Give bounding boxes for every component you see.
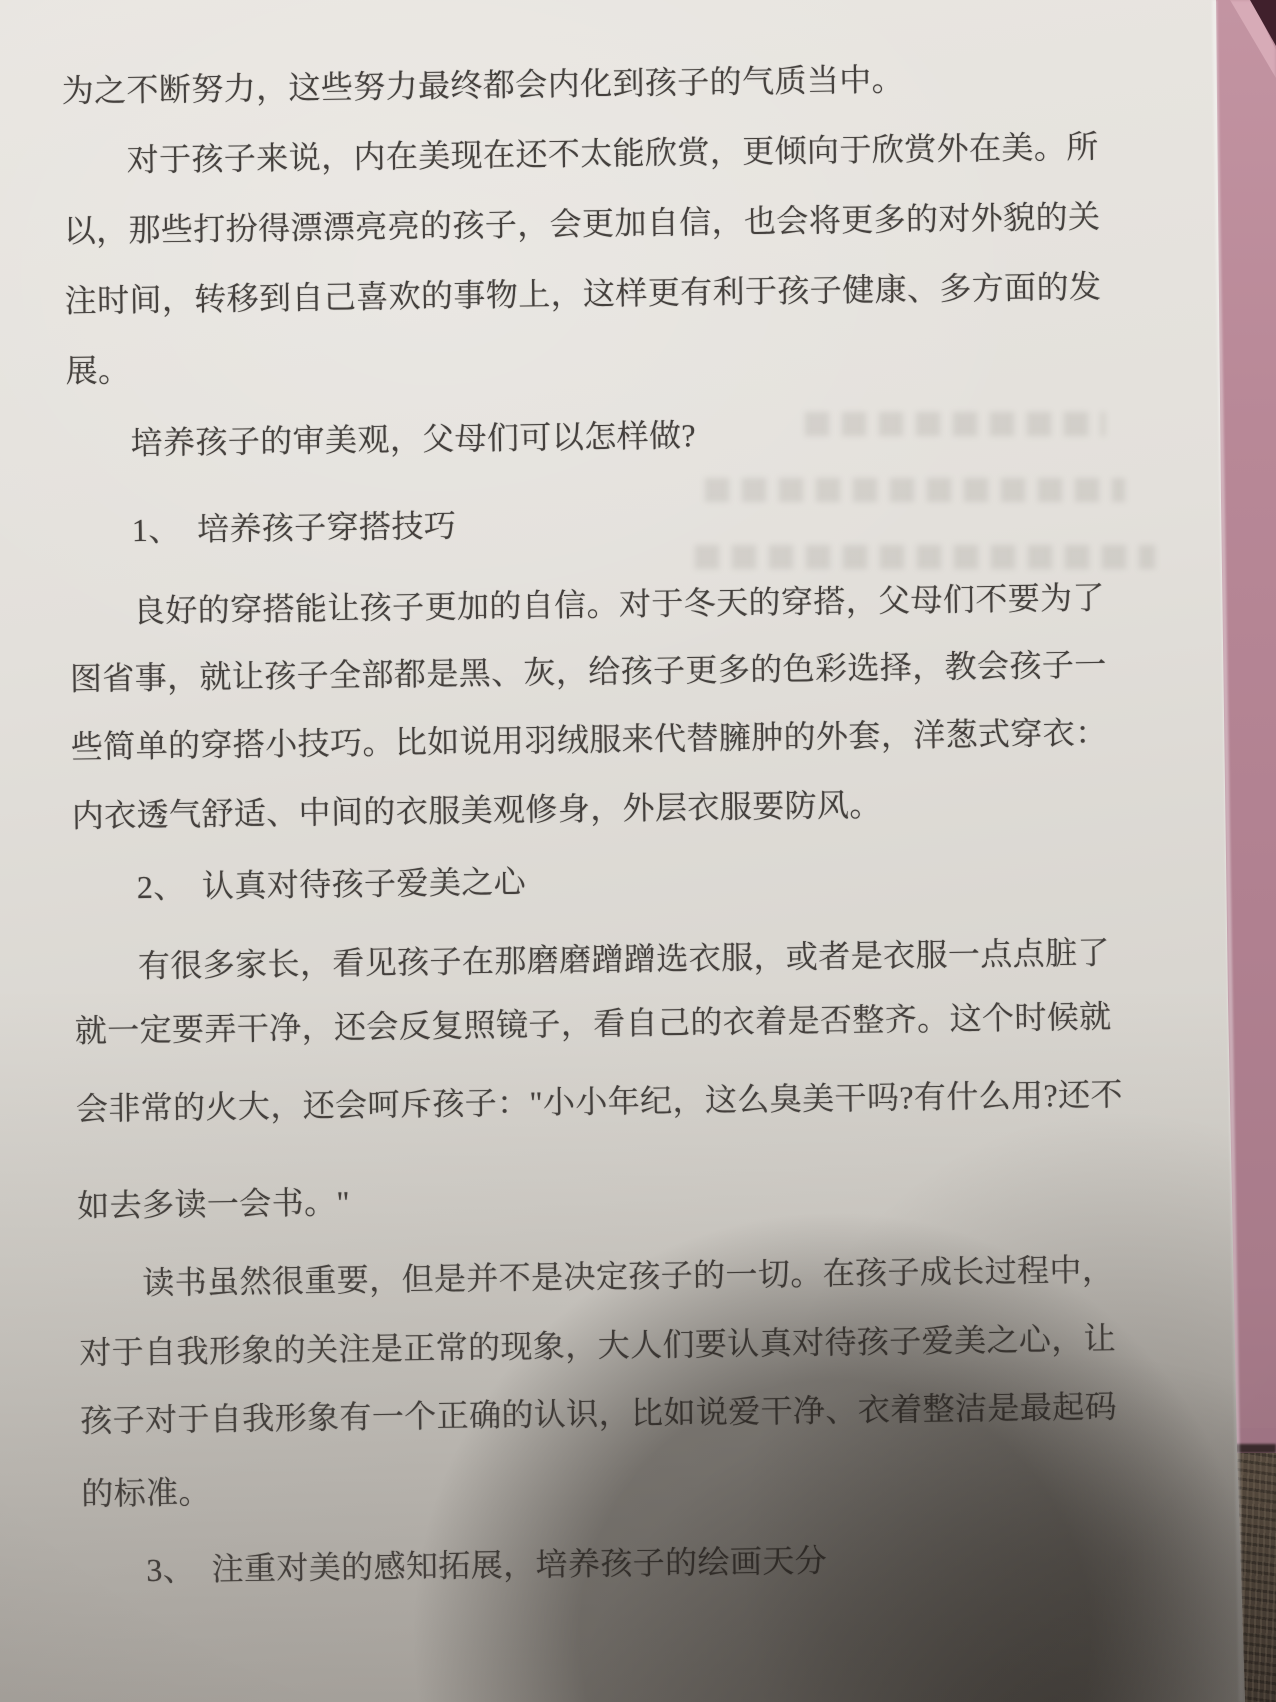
question-heading: 培养孩子的审美观，父母们可以怎样做? (66, 394, 1137, 479)
text-line: 展。 (65, 321, 1136, 406)
text-line: 的标准。 (81, 1444, 1152, 1529)
text-line: 孩子对于自我形象有一个正确的认识，比如说爱干净、衣着整洁是最起码 (80, 1371, 1151, 1456)
text-line: 内衣透气舒适、中间的衣服美观修身，外层衣服要防风。 (71, 766, 1142, 851)
photo-root: 为之不断努力，这些努力最终都会内化到孩子的气质当中。 对于孩子来说，内在美现在还… (0, 0, 1276, 1702)
text-line: 注时间，转移到自己喜欢的事物上，这样更有利于孩子健康、多方面的发 (64, 251, 1135, 336)
text-line: 就一定要弄干净，还会反复照镜子，看自己的衣着是否整齐。这个时候就 (74, 981, 1145, 1066)
paper-sheet: 为之不断努力，这些努力最终都会内化到孩子的气质当中。 对于孩子来说，内在美现在还… (0, 0, 1276, 1702)
numbered-heading-2: 2、 认真对待孩子爱美之心 (72, 838, 1143, 923)
numbered-heading-1: 1、 培养孩子穿搭技巧 (67, 481, 1138, 566)
text-line: 些简单的穿搭小技巧。比如说用羽绒服来代替臃肿的外套，洋葱式穿衣： (70, 697, 1141, 782)
numbered-heading-3: 3、 注重对美的感知拓展，培养孩子的绘画天分 (82, 1521, 1153, 1606)
text-line: 如去多读一会书。" (77, 1156, 1148, 1241)
document-text: 为之不断努力，这些努力最终都会内化到孩子的气质当中。 对于孩子来说，内在美现在还… (61, 41, 1153, 1606)
text-line: 会非常的火大，还会呵斥孩子："小小年纪，这么臭美干吗?有什么用?还不 (75, 1059, 1146, 1144)
